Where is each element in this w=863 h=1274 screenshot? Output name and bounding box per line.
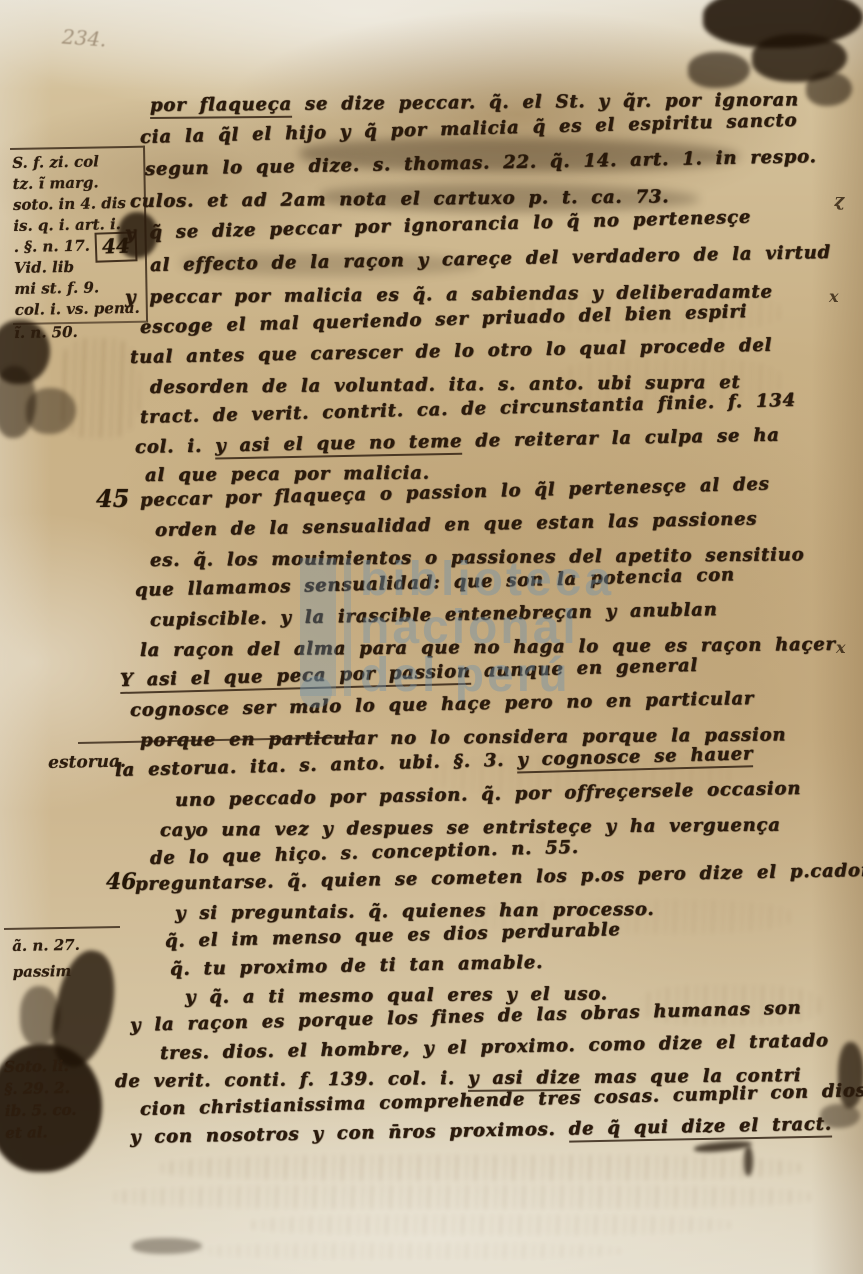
ink-rule [4,926,120,930]
ink-rule [78,736,358,744]
ink-rule-layer [0,0,863,1274]
manuscript-page: 234. por flaqueça se dize peccar. q̃. el… [0,0,863,1274]
